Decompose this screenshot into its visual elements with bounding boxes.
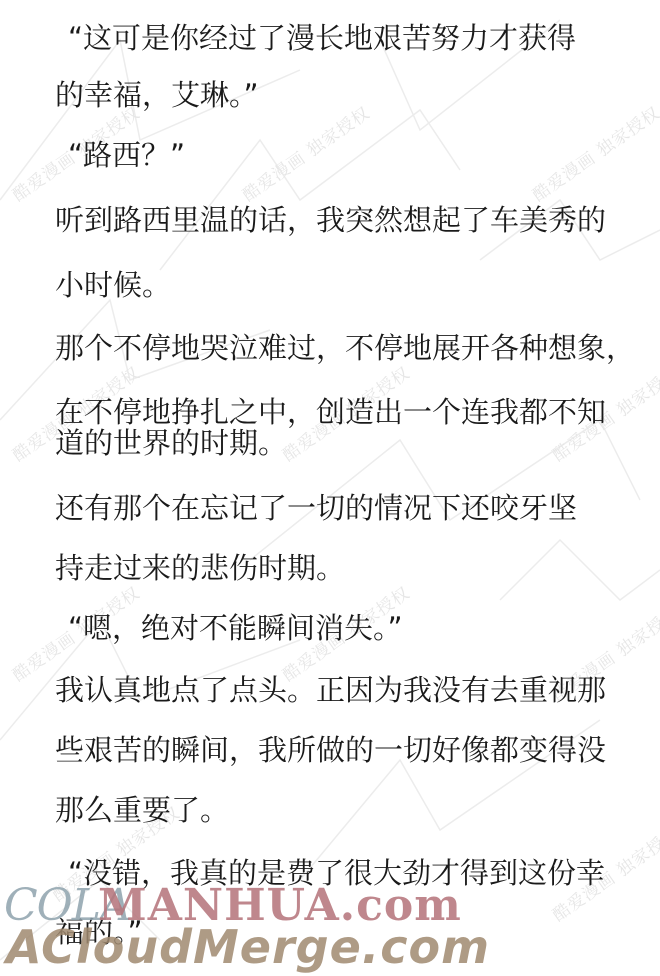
watermark-acloudmerge: ACloudMerge.com	[6, 920, 490, 974]
text-line: “路西？”	[68, 137, 185, 173]
text-line: 我认真地点了点头。正因为我没有去重视那	[55, 672, 606, 708]
text-line: “这可是你经过了漫长地艰苦努力才获得	[68, 20, 576, 56]
text-line: 听到路西里温的话，我突然想起了车美秀的	[55, 202, 606, 238]
text-line: 还有那个在忘记了一切的情况下还咬牙坚	[55, 490, 577, 526]
text-line: 那个不停地哭泣难过，不停地展开各种想象，	[55, 330, 635, 366]
text-line: 持走过来的悲伤时期。	[55, 550, 345, 586]
text-line: 的幸福，艾琳。”	[55, 77, 259, 113]
text-line: 些艰苦的瞬间，我所做的一切好像都变得没	[55, 732, 606, 768]
text-line: 小时候。	[55, 267, 171, 303]
text-line: “嗯，绝对不能瞬间消失。”	[68, 610, 403, 646]
text-line: 那么重要了。	[55, 792, 229, 828]
text-line: 道的世界的时期。	[55, 425, 287, 461]
